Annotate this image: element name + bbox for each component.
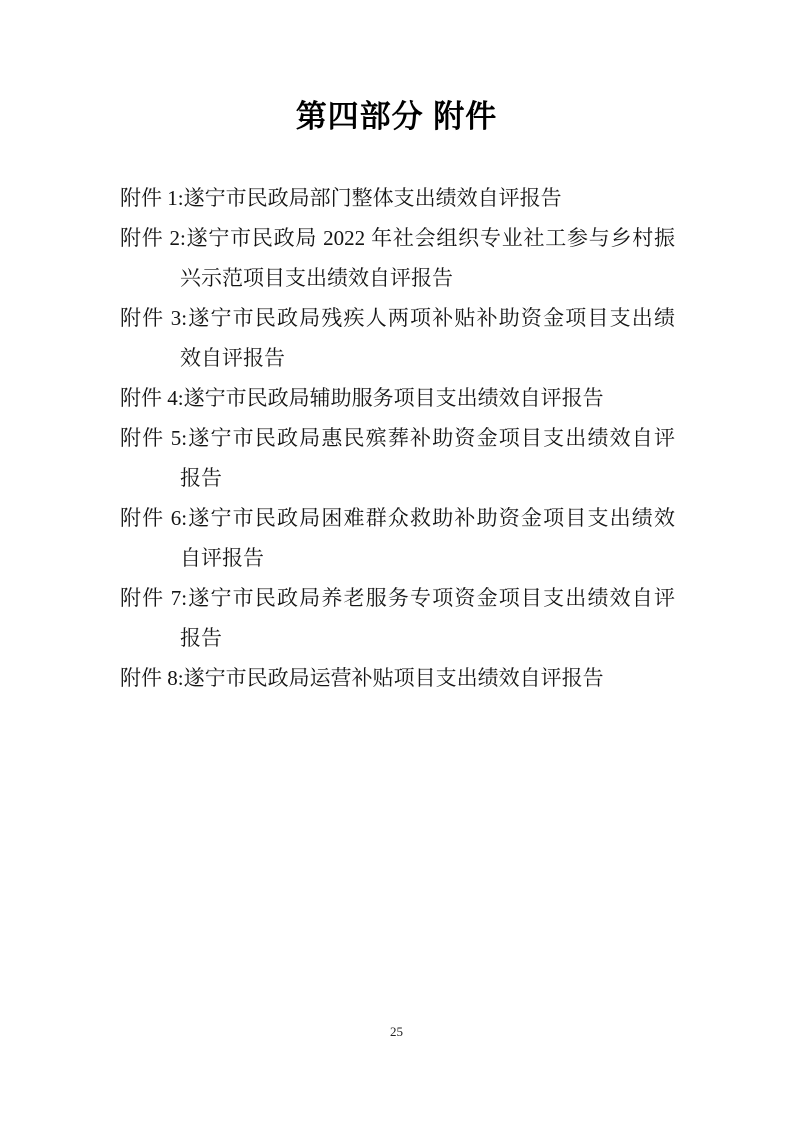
attachment-6-line-2: 自评报告 bbox=[120, 538, 675, 578]
document-page: 第四部分 附件 附件 1:遂宁市民政局部门整体支出绩效自评报告 附件 2:遂宁市… bbox=[0, 0, 793, 1122]
attachment-2-line-1: 附件 2:遂宁市民政局 2022 年社会组织专业社工参与乡村振 bbox=[120, 218, 675, 258]
attachment-4-line-1: 附件 4:遂宁市民政局辅助服务项目支出绩效自评报告 bbox=[120, 378, 675, 418]
attachment-7-line-2: 报告 bbox=[120, 618, 675, 658]
attachment-5-line-2: 报告 bbox=[120, 458, 675, 498]
attachment-1-line-1: 附件 1:遂宁市民政局部门整体支出绩效自评报告 bbox=[120, 178, 675, 218]
attachment-3-line-1: 附件 3:遂宁市民政局残疾人两项补贴补助资金项目支出绩 bbox=[120, 298, 675, 338]
page-title: 第四部分 附件 bbox=[0, 95, 793, 139]
attachment-list: 附件 1:遂宁市民政局部门整体支出绩效自评报告 附件 2:遂宁市民政局 2022… bbox=[120, 178, 675, 698]
attachment-8-line-1: 附件 8:遂宁市民政局运营补贴项目支出绩效自评报告 bbox=[120, 658, 675, 698]
attachment-2-line-2: 兴示范项目支出绩效自评报告 bbox=[120, 258, 675, 298]
attachment-7-line-1: 附件 7:遂宁市民政局养老服务专项资金项目支出绩效自评 bbox=[120, 578, 675, 618]
attachment-6-line-1: 附件 6:遂宁市民政局困难群众救助补助资金项目支出绩效 bbox=[120, 498, 675, 538]
attachment-5-line-1: 附件 5:遂宁市民政局惠民殡葬补助资金项目支出绩效自评 bbox=[120, 418, 675, 458]
page-number: 25 bbox=[0, 1022, 793, 1042]
attachment-3-line-2: 效自评报告 bbox=[120, 338, 675, 378]
